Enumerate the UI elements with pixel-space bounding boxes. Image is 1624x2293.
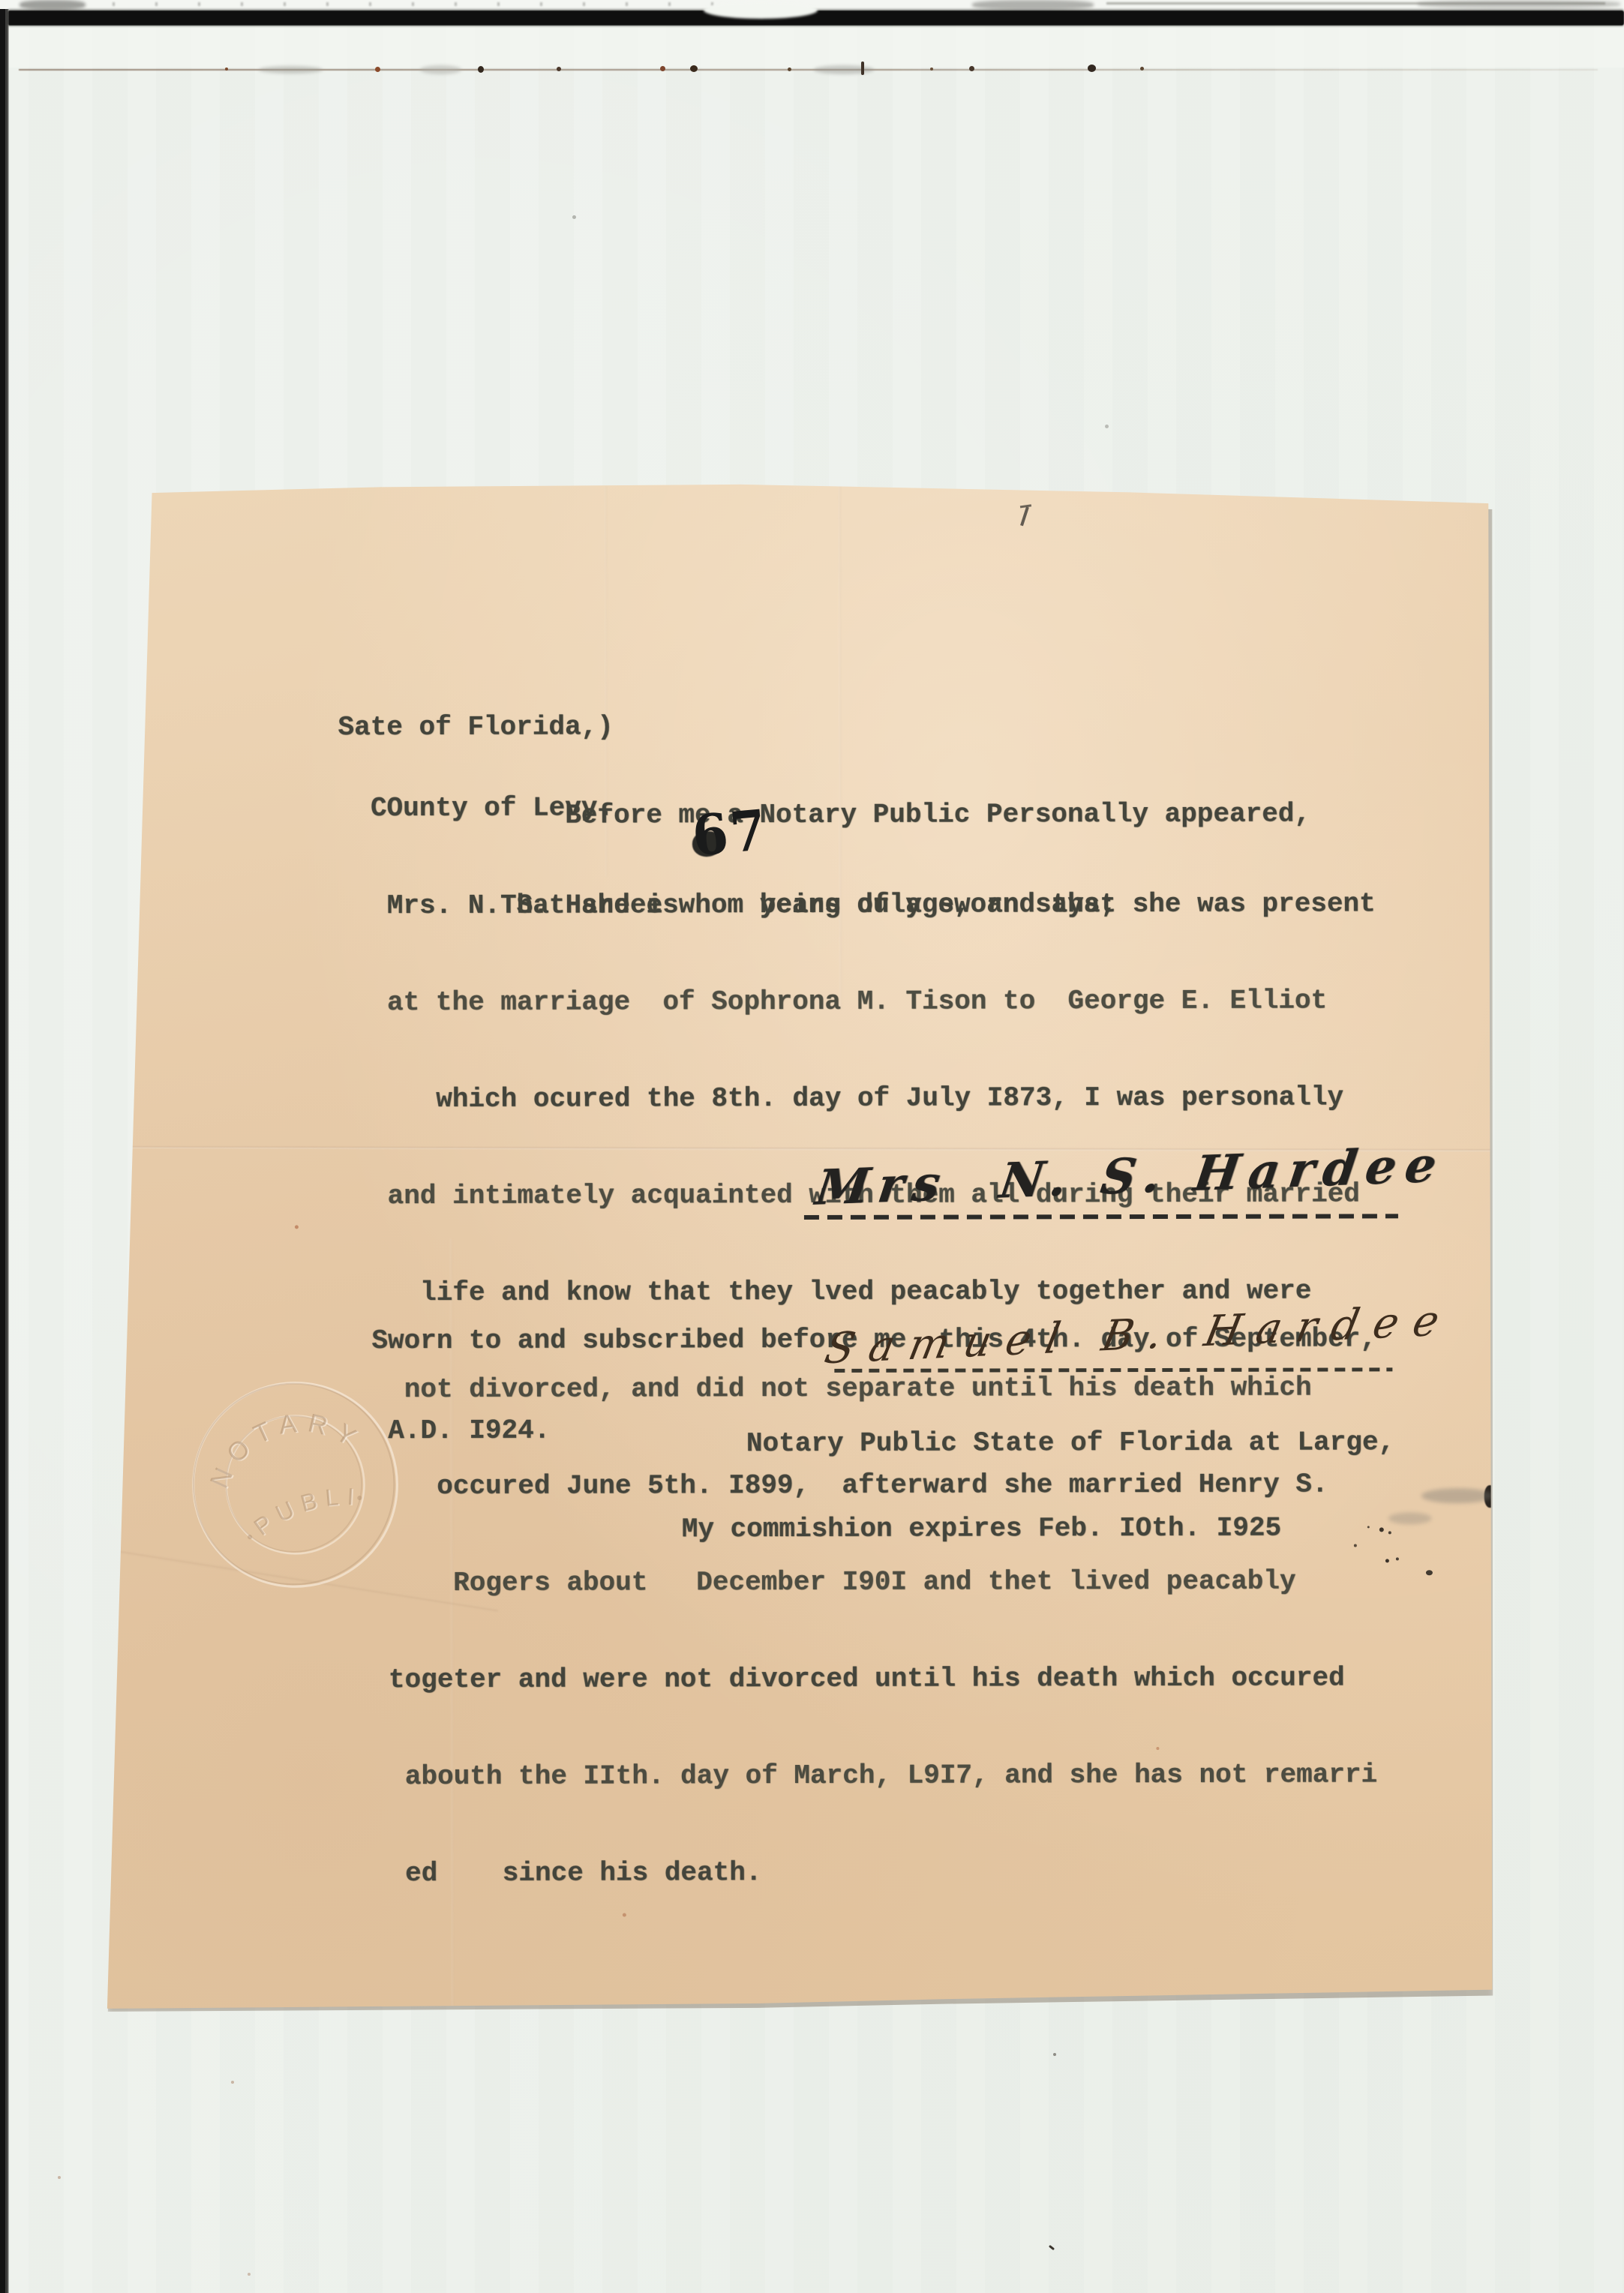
scanned-document-photo: NOTARY NOTARY PUBLIC PUBLIC Sate of Flor… (0, 0, 1624, 2293)
scan-speck (1105, 425, 1109, 428)
typed-line: which ocured the 8th. day of July I873, … (339, 1081, 1376, 1115)
scanner-left-edge (0, 9, 9, 2293)
typed-line: My commishion expires Feb. IOth. I925 (682, 1514, 1395, 1544)
paper-speck (295, 1225, 299, 1229)
ink-speck (1379, 1527, 1384, 1532)
typed-line: at the marriage of Sophrona M. Tison to … (338, 984, 1376, 1019)
seal-arc-text-middle: PUBLIC (157, 1347, 370, 1565)
seam-speck (1088, 65, 1096, 72)
typed-notary-title: Notary Public State of Florida at Large,… (681, 1371, 1394, 1601)
dust-specks (113, 2, 728, 6)
scan-speck (231, 2081, 234, 2084)
seam-smudge (420, 65, 461, 74)
seam-speck (478, 66, 484, 73)
scanner-light-band (0, 26, 1624, 68)
typed-line: ed since his death. (341, 1855, 1378, 1889)
seam-speck (788, 68, 791, 71)
scanner-bar-notch (704, 2, 818, 19)
ink-speck (1388, 1531, 1391, 1534)
paper-speck (1156, 1747, 1159, 1750)
typed-line: Sate of Florida,) (338, 714, 614, 742)
pencil-mark (1020, 506, 1029, 526)
seam-speck (225, 68, 228, 71)
platen-seam-line (19, 66, 1598, 81)
ink-smudge (1421, 1488, 1493, 1503)
svg-text:PUBLIC: PUBLIC (157, 1347, 370, 1565)
seam-speck (690, 65, 698, 72)
typed-line: abouth the IIth. day of March, L9I7, and… (340, 1758, 1377, 1793)
seam-speck (557, 67, 561, 71)
scan-smudge (972, 0, 1094, 10)
seam-tick (861, 62, 864, 75)
seam-line (19, 69, 1598, 71)
ink-speck (1354, 1544, 1357, 1547)
seam-speck (375, 67, 380, 72)
scan-speck (58, 2176, 61, 2179)
seam-smudge (814, 65, 874, 74)
seam-speck (660, 66, 665, 71)
scan-smudge (20, 0, 86, 10)
seam-smudge (259, 66, 323, 74)
paper-speck (623, 1913, 626, 1916)
typed-line: Notary Public State of Florida at Large, (682, 1428, 1395, 1458)
scan-speck (572, 215, 576, 219)
handwritten-age: 67 (690, 798, 771, 869)
ink-speck (1385, 1559, 1389, 1562)
scan-speck (1053, 2053, 1056, 2056)
typed-line: That she is years of age, and that she w… (338, 887, 1376, 922)
ink-speck (1426, 1570, 1433, 1575)
typed-line: togeter and were not divorced until his … (340, 1661, 1377, 1696)
document-page: NOTARY NOTARY PUBLIC PUBLIC Sate of Flor… (102, 479, 1494, 2012)
scan-speck (248, 2273, 251, 2276)
seam-speck (1140, 67, 1144, 71)
seam-speck (969, 66, 974, 71)
ink-speck (1396, 1557, 1399, 1560)
scanner-edge-bar (8, 11, 1624, 26)
seam-speck (930, 68, 933, 71)
ink-speck (1367, 1526, 1370, 1528)
scan-streak (1106, 2, 1605, 5)
ink-smudge (1388, 1512, 1432, 1524)
